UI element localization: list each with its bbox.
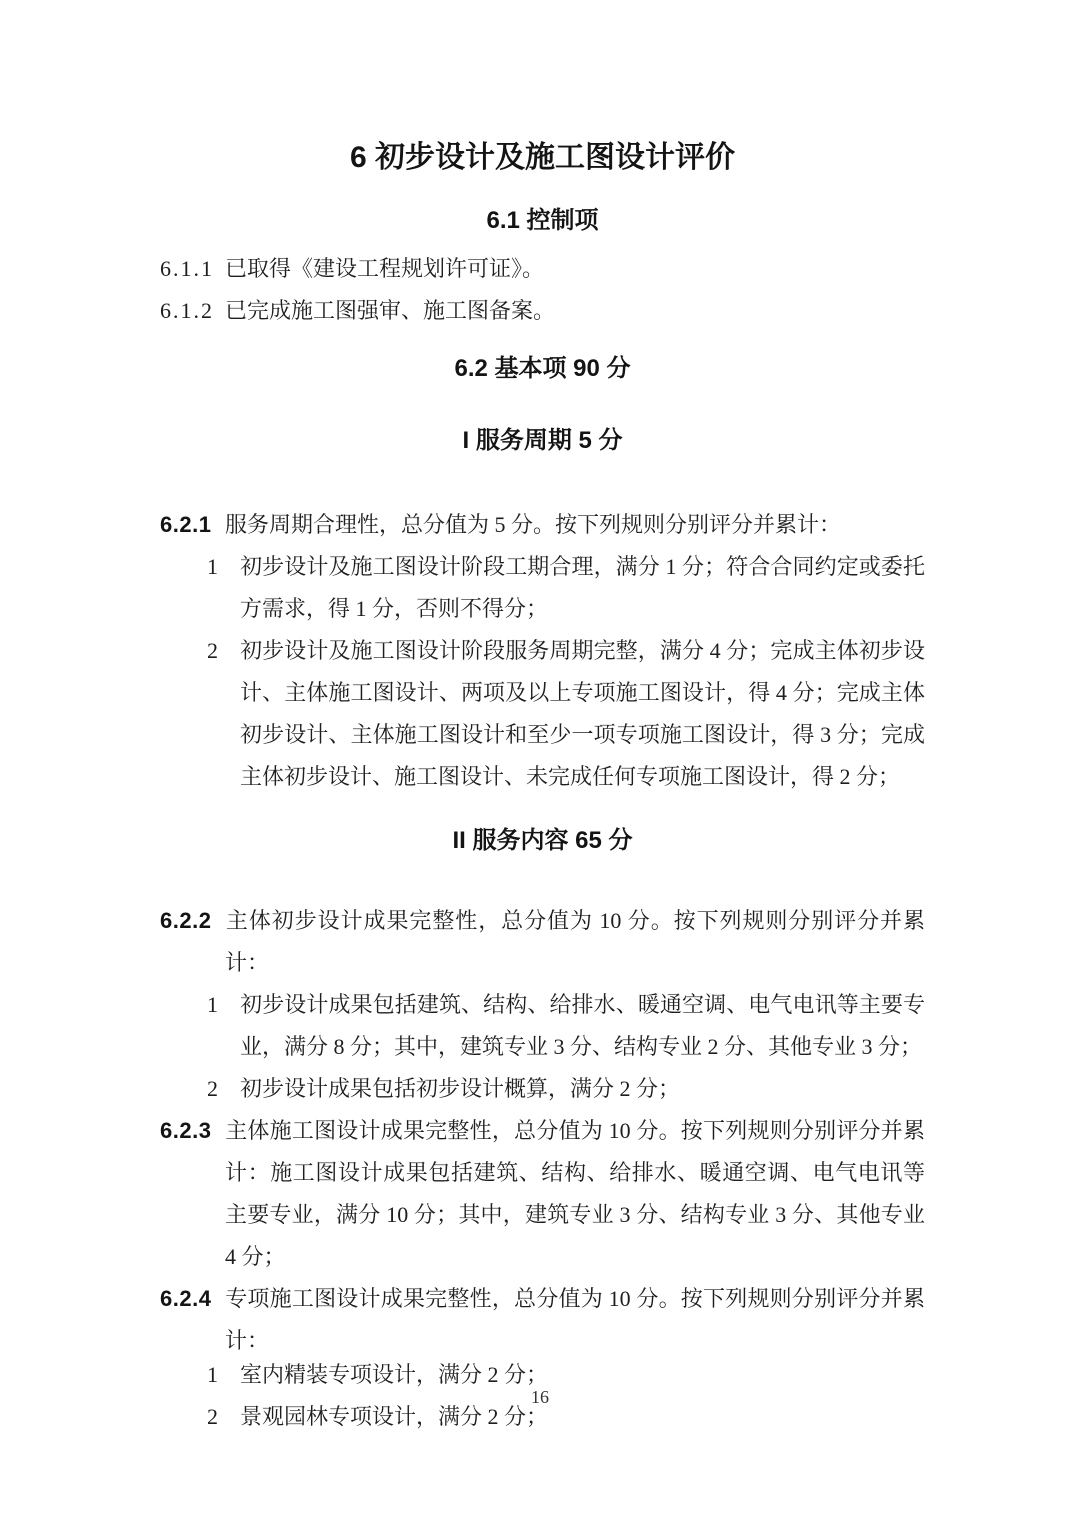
clause-6-2-1-text: 服务周期合理性，总分值为 5 分。按下列规则分别评分并累计： [225, 512, 841, 537]
clause-6-2-2: 6.2.2主体初步设计成果完整性，总分值为 10 分。按下列规则分别评分并累计： [160, 900, 925, 984]
list-item-text: 初步设计及施工图设计阶段服务周期完整，满分 4 分；完成主体初步设计、主体施工图… [240, 638, 925, 789]
clause-6-1-2: 6.1.2已完成施工图强审、施工图备案。 [160, 290, 925, 332]
list-item: 1初步设计及施工图设计阶段工期合理，满分 1 分；符合合同约定或委托方需求，得 … [207, 546, 925, 630]
clause-6-2-4: 6.2.4专项施工图设计成果完整性，总分值为 10 分。按下列规则分别评分并累计… [160, 1278, 925, 1362]
document-page: 6 初步设计及施工图设计评价 6.1 控制项 6.1.1已取得《建设工程规划许可… [0, 0, 1080, 1527]
list-item: 2初步设计成果包括初步设计概算，满分 2 分； [207, 1068, 925, 1110]
list-item: 2初步设计及施工图设计阶段服务周期完整，满分 4 分；完成主体初步设计、主体施工… [207, 630, 925, 798]
clause-6-2-2-text: 主体初步设计成果完整性，总分值为 10 分。按下列规则分别评分并累计： [225, 908, 925, 975]
clause-6-1-2-number: 6.1.2 [160, 290, 225, 332]
list-item-text: 初步设计及施工图设计阶段工期合理，满分 1 分；符合合同约定或委托方需求，得 1… [240, 554, 925, 621]
chapter-title: 6 初步设计及施工图设计评价 [160, 136, 925, 180]
clause-6-1-2-text: 已完成施工图强审、施工图备案。 [225, 298, 555, 323]
clause-6-2-4-text: 专项施工图设计成果完整性，总分值为 10 分。按下列规则分别评分并累计： [225, 1286, 925, 1353]
clause-6-2-1: 6.2.1服务周期合理性，总分值为 5 分。按下列规则分别评分并累计： [160, 504, 925, 546]
clause-6-2-1-number: 6.2.1 [160, 504, 225, 546]
page-number: 16 [0, 1384, 1080, 1410]
clause-6-2-3: 6.2.3主体施工图设计成果完整性，总分值为 10 分。按下列规则分别评分并累计… [160, 1110, 925, 1278]
clause-6-1-1: 6.1.1已取得《建设工程规划许可证》。 [160, 248, 925, 290]
list-item: 1初步设计成果包括建筑、结构、给排水、暖通空调、电气电讯等主要专业，满分 8 分… [207, 984, 925, 1068]
list-item-number: 1 [207, 984, 240, 1026]
list-item-text: 初步设计成果包括建筑、结构、给排水、暖通空调、电气电讯等主要专业，满分 8 分；… [240, 992, 925, 1059]
clause-6-1-1-number: 6.1.1 [160, 248, 225, 290]
section-6-2-heading: 6.2 基本项 90 分 [160, 352, 925, 386]
clause-6-2-4-number: 6.2.4 [160, 1278, 225, 1320]
clause-6-2-3-number: 6.2.3 [160, 1110, 225, 1152]
clause-6-1-1-text: 已取得《建设工程规划许可证》。 [225, 256, 544, 281]
list-item-number: 2 [207, 630, 240, 672]
clause-6-2-4-block: 6.2.4专项施工图设计成果完整性，总分值为 10 分。按下列规则分别评分并累计… [160, 1278, 925, 1438]
list-item-text: 初步设计成果包括初步设计概算，满分 2 分； [240, 1076, 680, 1101]
clause-6-2-3-text: 主体施工图设计成果完整性，总分值为 10 分。按下列规则分别评分并累计：施工图设… [225, 1118, 925, 1269]
list-item-number: 2 [207, 1068, 240, 1110]
page-content: 6 初步设计及施工图设计评价 6.1 控制项 6.1.1已取得《建设工程规划许可… [160, 136, 925, 1438]
clause-6-2-2-block: 6.2.2主体初步设计成果完整性，总分值为 10 分。按下列规则分别评分并累计：… [160, 900, 925, 1110]
list-item-number: 1 [207, 546, 240, 588]
part-1-heading: I 服务周期 5 分 [160, 424, 925, 458]
part-2-heading: II 服务内容 65 分 [160, 824, 925, 858]
clause-6-2-1-block: 6.2.1服务周期合理性，总分值为 5 分。按下列规则分别评分并累计： 1初步设… [160, 504, 925, 798]
section-6-1-heading: 6.1 控制项 [160, 204, 925, 238]
clause-6-2-2-number: 6.2.2 [160, 900, 225, 942]
